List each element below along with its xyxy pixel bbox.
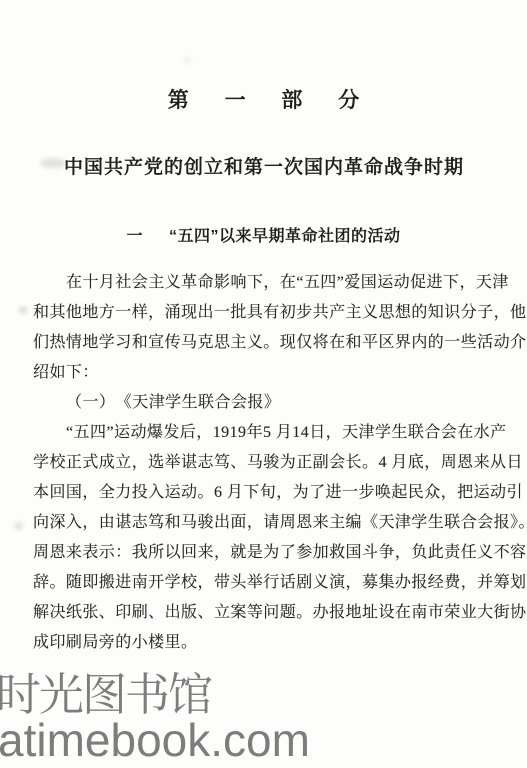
scan-smudge: [40, 158, 66, 168]
text-line: （一） 《天津学生联合会报》: [33, 388, 497, 418]
section-title: “五四”以来早期革命社团的活动: [169, 228, 401, 245]
text-line: 本回国，全力投入运动。6 月下旬，为了进一步唤起民众，把运动引: [33, 478, 497, 508]
text-line: 辞。随即搬进南开学校，带头举行话剧义演，募集办报经费，并筹划: [33, 568, 497, 598]
scan-smudge: [18, 306, 28, 314]
text-line: 成印刷局旁的小楼里。: [33, 628, 497, 658]
text-line: 学校正式成立，选举谌志笃、马骏为正副会长。4 月底，周恩来从日: [33, 448, 497, 478]
text-line: 在十月社会主义革命影响下，在“五四”爱国运动促进下，天津: [33, 268, 497, 298]
text-line: 和其他地方一样，涌现出一批具有初步共产主义思想的知识分子，他: [33, 298, 497, 328]
watermark-site-name: 时光图书馆: [0, 658, 211, 723]
body-text: 在十月社会主义革命影响下，在“五四”爱国运动促进下，天津 和其他地方一样，涌现出…: [33, 268, 497, 658]
scan-smudge: [14, 522, 23, 530]
text-line: 向深入，由谌志笃和马骏出面，请周恩来主编《天津学生联合会报》。: [33, 508, 497, 538]
scan-smudge: [183, 57, 191, 64]
text-line: 周恩来表示：我所以回来，就是为了参加救国斗争，负此责任义不容: [33, 538, 497, 568]
watermark-site-url: atimebook.com: [0, 713, 310, 767]
text-line: “五四”运动爆发后，1919年5 月14日，天津学生联合会在水产: [33, 418, 497, 448]
text-line: 绍如下：: [33, 358, 497, 388]
section-heading: 一“五四”以来早期革命社团的活动: [0, 223, 527, 246]
part-title: 第 一 部 分: [0, 84, 527, 114]
section-number: 一: [126, 228, 143, 245]
scanned-book-page: 第 一 部 分 中国共产党的创立和第一次国内革命战争时期 一“五四”以来早期革命…: [0, 0, 527, 768]
text-line: 解决纸张、印刷、出版、立案等问题。办报地址设在南市荣业大街协: [33, 598, 497, 628]
chapter-subtitle: 中国共产党的创立和第一次国内革命战争时期: [0, 152, 527, 179]
text-line: 们热情地学习和宣传马克思主义。现仅将在和平区界内的一些活动介: [33, 328, 497, 358]
